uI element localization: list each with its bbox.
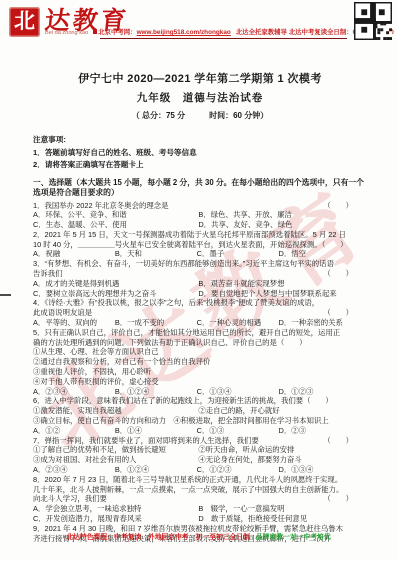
notice-item: 2．请将答案正确填写在答题卡上: [33, 159, 367, 172]
question-text: ①激发潜能，实现自我超越: [33, 406, 198, 416]
question-text: ③重视他人评价，不固执，用心聆听: [33, 367, 151, 377]
question-row: 8．2020 年 7 月 23 日，随着北斗三号导航卫星系统的正式开通，几代北斗…: [33, 475, 367, 485]
title-block: 伊宁七中 2020—2021 学年第二学期第 1 次模考 九年级 道德与法治试卷…: [33, 70, 367, 121]
notice-heading: 注意事项:: [33, 134, 367, 147]
question-text: B．①②④: [115, 465, 197, 475]
question-text: C．墨子: [197, 249, 279, 259]
question-row: 4．《诗经·大雅》有“投我以桃，报之以李”之句，后来“投桃报李”便成了赞美友谊的…: [33, 298, 367, 308]
header-tagline: Bei da zhong kao北京中考网：www.beijing518.com…: [45, 27, 342, 36]
question-row: 7．弹指一挥间，我们就要毕业了，面对即将到来的人生选择，我们要（ ）: [33, 436, 367, 446]
answer-bracket: （ ）: [323, 494, 367, 504]
question-text: D 敢于质疑，拒绝接受任何意见: [198, 514, 363, 524]
question-text: ②通过自我观察和分析，对自己有一个恰当的自我评价: [33, 357, 210, 367]
qr-code-icon: [354, 2, 392, 40]
question: 2．2021 年 5 月 15 日，天文一号探测器成功着陆于火星乌托邦平原南部预…: [33, 230, 367, 259]
question-text: D．②③: [278, 426, 360, 436]
brand-pinyin: Bei da zhong kao: [45, 30, 88, 36]
question-text: 6．进入中学阶段，意味着我们站在了新的起跑线上，为迎接新生活的挑战，我们要（ ）: [33, 396, 333, 406]
question-text: 7．弹指一挥间，我们就要毕业了，面对即将到来的人生选择，我们要: [33, 436, 259, 446]
section-title: 一、选择题（本大题共 15 小题，每小题 2 分，共 30 分。在每小题给出的四…: [33, 178, 367, 199]
answer-bracket: （ ）: [323, 436, 367, 446]
footer-courses-green: 品牌家教一对一中考培优: [256, 534, 331, 541]
question-row: 10 时 40 分，＿＿＿＿＿号火星车已安全驶离着陆平台，到达火星表面，开始巡视…: [33, 240, 367, 250]
notice-block: 注意事项: 1．答题前填写好自己的姓名、班级、考号等信息 2．请将答案正确填写在…: [33, 134, 367, 172]
question-text: ③确立目标，使自己有奋斗的方向和动力 ④积极进取，把全部时间都用在学习书本知识上: [33, 416, 329, 426]
questions: 1．我国举办 2022 年北京冬奥会的理念是（ ）A．环保、公平、竞争、和谐B．…: [33, 201, 367, 544]
question-text: C．①②③: [197, 465, 279, 475]
question-text: D．①③④: [278, 465, 360, 475]
question-row: 2．2021 年 5 月 15 日，天文一号探测器成功着陆于火星乌托邦平原南部预…: [33, 230, 367, 240]
footer-courses-red: 北达特色课程：中考复读 外地回京中考 初一至初三全日制: [66, 534, 250, 541]
question-text: D．要自觉地把个人梦想与中国梦联系起来: [198, 289, 363, 299]
question-text: D．①②③: [278, 387, 360, 397]
question-text: ④对于他人带有贬损的评价，虚心接受: [33, 377, 159, 387]
question: 5．只有正确认识自己，评价自己，才能恰如其分地运用自己的所长，避开自己的短处，运…: [33, 328, 367, 397]
question-text: 4．《诗经·大雅》有“投我以桃，报之以李”之句，后来“投桃报李”便成了赞美友谊的…: [33, 298, 319, 308]
question-row: A．平等的、双向的B．一成不变的C．一种心灵的相遇D．一种亲密的关系: [33, 318, 367, 328]
question-text: 几十年来，北斗人披荆斩棘，一点一点摸索，一点一点突破，展示了中国强大的自主创新能…: [33, 485, 343, 495]
question-text: C．①③④: [197, 387, 279, 397]
question-row: 此成语说明友谊是（ ）: [33, 308, 367, 318]
exam-title: 伊宁七中 2020—2021 学年第二学期第 1 次模考: [33, 70, 367, 86]
question-text: 8．2020 年 7 月 23 日，随着北斗三号导航卫星系统的正式开通，几代北斗…: [33, 475, 342, 485]
question-text: A．环保、公平、竞争、和谐: [33, 210, 198, 220]
question-row: 5．只有正确认识自己，评价自己，才能恰如其分地运用自己的所长，避开自己的短处，运…: [33, 328, 367, 338]
question-text: D．悟空: [278, 249, 360, 259]
question-text: ①了解自己的优势和不足，做到扬长避短: [33, 445, 198, 455]
question-text: D．共享、友好、竞争、绿色: [198, 220, 363, 230]
question-text: B．①②④: [115, 387, 197, 397]
score-time-line: （ 总分：75 分 时间：60 分钟）: [33, 110, 367, 121]
question-text: D．一种亲密的关系: [278, 318, 360, 328]
question-row: 几十年来，北斗人披荆斩棘，一点一点摸索，一点一点突破，展示了中国强大的自主创新能…: [33, 485, 367, 495]
bullet-icon: [93, 30, 97, 34]
question-row: ③确立目标，使自己有奋斗的方向和动力 ④积极进取，把全部时间都用在学习书本知识上: [33, 416, 367, 426]
beida-seal-logo: 北: [9, 7, 40, 37]
scan-artifact: [0, 294, 11, 296]
question-row: A．祝融B．天和C．墨子D．悟空: [33, 249, 367, 259]
question-text: A．成才的关键是得到机遇: [33, 279, 198, 289]
exam-document: 伊宁七中 2020—2021 学年第二学期第 1 次模考 九年级 道德与法治试卷…: [33, 46, 367, 543]
exam-subtitle: 九年级 道德与法治试卷: [33, 90, 367, 105]
question-row: ③成为对祖国、对社会有用的人④无论身在何处，都要努力奋斗: [33, 455, 367, 465]
answer-bracket: （ ）: [323, 201, 367, 211]
answer-bracket: （ ）: [323, 269, 367, 279]
question: 4．《诗经·大雅》有“投我以桃，报之以李”之句，后来“投桃报李”便成了赞美友谊的…: [33, 298, 367, 327]
question-row: C．生态、温暖、公平、使用D．共享、友好、竞争、绿色: [33, 220, 367, 230]
question-row: ①从生理、心理、社会等方面认识自己: [33, 347, 367, 357]
site-url-link[interactable]: www.beijing518.com/zhongkao: [137, 29, 231, 36]
question-text: C．开发创造潜力，展现青春风采: [33, 514, 198, 524]
question-text: 告诉我们: [33, 269, 63, 279]
question-row: C．开发创造潜力，展现青春风采D 敢于质疑，拒绝接受任何意见: [33, 514, 367, 524]
brand-header: 北 达教育 Bei da zhong kao北京中考网：www.beijing5…: [0, 0, 397, 46]
question-row: A．成才的关键是得到机遇B．艰苦奋斗就能实现梦想: [33, 279, 367, 289]
question-text: ②走自己的路，开心就好: [198, 406, 363, 416]
question-text: ③成为对祖国、对社会有用的人: [33, 455, 198, 465]
site-label: 北京中考网：: [98, 29, 136, 36]
question-row: ④对于他人带有贬损的评价，虚心接受: [33, 377, 367, 387]
question-text: A．②③④: [33, 465, 115, 475]
question-text: A．①②: [33, 426, 115, 436]
question-text: 向北斗人学习，我们要: [33, 494, 107, 504]
question: 1．我国举办 2022 年北京冬奥会的理念是（ ）A．环保、公平、竞争、和谐B．…: [33, 201, 367, 230]
question-row: ②通过自我观察和分析，对自己有一个恰当的自我评价: [33, 357, 367, 367]
answer-bracket: （ ）: [323, 308, 367, 318]
question-text: A．学会独立思考，一味追求独特: [33, 504, 198, 514]
question-text: C．要树立崇高远大的理想并为之奋斗: [33, 289, 198, 299]
question: 7．弹指一挥间，我们就要毕业了，面对即将到来的人生选择，我们要（ ）①了解自己的…: [33, 436, 367, 475]
question-text: A．②③④: [33, 387, 115, 397]
question-text: B．艰苦奋斗就能实现梦想: [198, 279, 363, 289]
question-text: A．祝融: [33, 249, 115, 259]
question-text: A．平等的、双向的: [33, 318, 115, 328]
question-text: 确的方法处理所遇到的问题。下列做法有助于正确认识自己、评价自己的是（ ）: [33, 338, 306, 348]
question-text: B 辍学，一心一意搞发明: [198, 504, 363, 514]
question-row: 告诉我们（ ）: [33, 269, 367, 279]
question-text: B．天和: [115, 249, 197, 259]
question-text: B．①④: [115, 426, 197, 436]
question-row: 确的方法处理所遇到的问题。下列做法有助于正确认识自己、评价自己的是（ ）: [33, 338, 367, 348]
question-text: C．一种心灵的相遇: [197, 318, 279, 328]
question: 8．2020 年 7 月 23 日，随着北斗三号导航卫星系统的正式开通，几代北斗…: [33, 475, 367, 524]
question-text: 2．2021 年 5 月 15 日，天文一号探测器成功着陆于火星乌托邦平原南部预…: [33, 230, 346, 240]
question-text: ①从生理、心理、社会等方面认识自己: [33, 347, 159, 357]
question-text: C．①③: [197, 426, 279, 436]
question-row: C．要树立崇高远大的理想并为之奋斗D．要自觉地把个人梦想与中国梦联系起来: [33, 289, 367, 299]
question-row: ①激发潜能，实现自我超越②走自己的路，开心就好: [33, 406, 367, 416]
question-text: 1．我国举办 2022 年北京冬奥会的理念是: [33, 201, 169, 211]
question-row: A．①②B．①④C．①③D．②③: [33, 426, 367, 436]
footer-banner: 北达特色课程：中考复读 外地回京中考 初一至初三全日制品牌家教一对一中考培优: [0, 531, 397, 541]
question-text: 5．只有正确认识自己，评价自己，才能恰如其分地运用自己的所长，避开自己的短处，运…: [33, 328, 340, 338]
question-row: ③重视他人评价，不固执，用心聆听: [33, 367, 367, 377]
question-text: 10 时 40 分，＿＿＿＿＿号火星车已安全驶离着陆平台，到达火星表面，开始巡视…: [33, 240, 348, 250]
question-row: 向北斗人学习，我们要（ ）: [33, 494, 367, 504]
question-row: 3．“有梦想、有机会、有奋斗，一切美好的东西都能够创造出来。”习近平主席这句平实…: [33, 259, 367, 269]
question: 6．进入中学阶段，意味着我们站在了新的起跑线上，为迎接新生活的挑战，我们要（ ）…: [33, 396, 367, 435]
question-text: C．生态、温暖、公平、使用: [33, 220, 198, 230]
question-row: A．学会独立思考，一味追求独特B 辍学，一心一意搞发明: [33, 504, 367, 514]
question-text: B．绿色、共享、开放、廉洁: [198, 210, 363, 220]
question-row: ①了解自己的优势和不足，做到扬长避短②听天由命，听从命运的安排: [33, 445, 367, 455]
question-text: 3．“有梦想、有机会、有奋斗，一切美好的东西都能够创造出来。”习近平主席这句平实…: [33, 259, 334, 269]
header-divider: [100, 38, 347, 39]
question-row: A．②③④B．①②④C．①③④D．①②③: [33, 387, 367, 397]
notice-item: 1．答题前填写好自己的姓名、班级、考号等信息: [33, 147, 367, 160]
question-row: 1．我国举办 2022 年北京冬奥会的理念是（ ）: [33, 201, 367, 211]
question-text: ④无论身在何处，都要努力奋斗: [198, 455, 363, 465]
question-text: ②听天由命，听从命运的安排: [198, 445, 363, 455]
question: 3．“有梦想、有机会、有奋斗，一切美好的东西都能够创造出来。”习近平主席这句平实…: [33, 259, 367, 298]
question-text: B．一成不变的: [115, 318, 197, 328]
scanned-exam-page: 北 达教育 Bei da zhong kao北京中考网：www.beijing5…: [0, 0, 397, 561]
question-text: 此成语说明友谊是: [33, 308, 92, 318]
question-row: A．环保、公平、竞争、和谐B．绿色、共享、开放、廉洁: [33, 210, 367, 220]
question-row: 6．进入中学阶段，意味着我们站在了新的起跑线上，为迎接新生活的挑战，我们要（ ）: [33, 396, 367, 406]
question-row: A．②③④B．①②④C．①②③D．①③④: [33, 465, 367, 475]
